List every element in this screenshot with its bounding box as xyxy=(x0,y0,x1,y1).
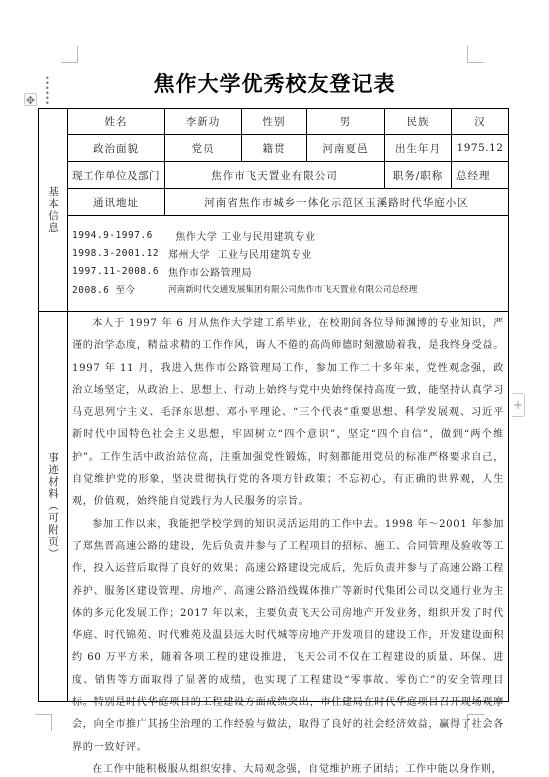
label-char: 迹 xyxy=(48,464,59,476)
narrative-paragraph: 本人于 1997 年 6 月从焦作大学建工系毕业，在校期间各位导师渊博的专业知识… xyxy=(72,313,504,514)
ethnicity-label: 民族 xyxy=(385,109,451,134)
address-label: 通讯地址 xyxy=(68,189,164,215)
history-row: 1994.9-1997.6 焦作大学 工业与民用建筑专业 xyxy=(72,226,417,244)
narrative-paragraph: 参加工作以来，我能把学校学到的知识灵活运用的工作中去。1998 年～2001 年… xyxy=(72,514,504,759)
political-status-label: 政治面貌 xyxy=(68,135,164,161)
history-row: 1997.11-2008.6 焦作市公路管理局 xyxy=(72,262,417,280)
label-char: 附 xyxy=(48,524,59,536)
position-value[interactable]: 总经理 xyxy=(452,162,508,188)
page-corner-mark-top-right xyxy=(467,46,484,63)
label-char: 页 xyxy=(48,536,59,548)
history-detail: 郑州大学 工业与民用建筑专业 xyxy=(168,246,312,261)
workplace-value[interactable]: 焦作市飞天置业有限公司 xyxy=(165,162,384,188)
label-char: ︵ xyxy=(48,500,59,512)
gender-value[interactable]: 男 xyxy=(307,109,384,134)
history-period: 1994.9-1997.6 xyxy=(72,230,168,241)
label-char: 可 xyxy=(48,512,59,524)
narrative-paragraph: 在工作中能积极服从组织安排、大局观念强，自觉维护班子团结；工作中能以身作则， xyxy=(72,759,504,777)
gender-label: 性别 xyxy=(242,109,306,134)
name-value[interactable]: 李新功 xyxy=(165,109,241,134)
deeds-narrative[interactable]: 本人于 1997 年 6 月从焦作大学建工系毕业，在校期间各位导师渊博的专业知识… xyxy=(72,313,504,777)
section-label-basic-info: 基 本 信 息 xyxy=(39,109,68,311)
birth-date-value[interactable]: 1975.12 xyxy=(452,135,508,161)
history-detail: 焦作市公路管理局 xyxy=(168,264,252,279)
history-period: 1997.11-2008.6 xyxy=(72,266,168,277)
native-place-value[interactable]: 河南夏邑 xyxy=(307,135,384,161)
address-value[interactable]: 河南省焦作市城乡一体化示范区玉溪路时代华庭小区 xyxy=(165,189,508,215)
history-row: 2008.6 至今 河南新时代交通发展集团有限公司焦作市飞天置业有限公司总经理 xyxy=(72,280,417,298)
name-label: 姓名 xyxy=(68,109,164,134)
page-corner-mark-bottom-left xyxy=(35,714,52,731)
history-detail: 焦作大学 工业与民用建筑专业 xyxy=(168,228,316,243)
label-char: 事 xyxy=(48,452,59,464)
section-label-deeds: 事 迹 材 料 ︵ 可 附 页 ︶ xyxy=(39,311,68,701)
history-period: 1998.3-2001.12 xyxy=(72,248,168,259)
section-divider xyxy=(39,311,508,312)
history-detail: 河南新时代交通发展集团有限公司焦作市飞天置业有限公司总经理 xyxy=(168,283,417,295)
history-row: 1998.3-2001.12 郑州大学 工业与民用建筑专业 xyxy=(72,244,417,262)
label-char: 信 xyxy=(48,210,59,222)
label-char: 材 xyxy=(48,476,59,488)
registration-table: 基 本 信 息 事 迹 材 料 ︵ 可 附 页 ︶ 姓名 李新功 性别 男 民族… xyxy=(38,108,509,702)
document-title: 焦作大学优秀校友登记表 xyxy=(0,68,549,98)
political-status-value[interactable]: 党员 xyxy=(165,135,241,161)
history-period: 2008.6 至今 xyxy=(72,282,168,296)
label-char: 息 xyxy=(48,222,59,234)
position-label: 职务/职称 xyxy=(385,162,451,188)
native-place-label: 籍贯 xyxy=(242,135,306,161)
table-divider xyxy=(67,215,508,216)
label-char: 基 xyxy=(48,186,59,198)
add-column-button[interactable]: + xyxy=(512,393,525,417)
label-char: 本 xyxy=(48,198,59,210)
ethnicity-value[interactable]: 汉 xyxy=(452,109,508,134)
page-corner-mark-top-left xyxy=(61,46,78,63)
workplace-label: 现工作单位及部门 xyxy=(68,162,164,188)
birth-date-label: 出生年月 xyxy=(385,135,451,161)
label-char: 料 xyxy=(48,488,59,500)
education-work-history: 1994.9-1997.6 焦作大学 工业与民用建筑专业 1998.3-2001… xyxy=(72,226,417,298)
label-char: ︶ xyxy=(48,548,59,560)
